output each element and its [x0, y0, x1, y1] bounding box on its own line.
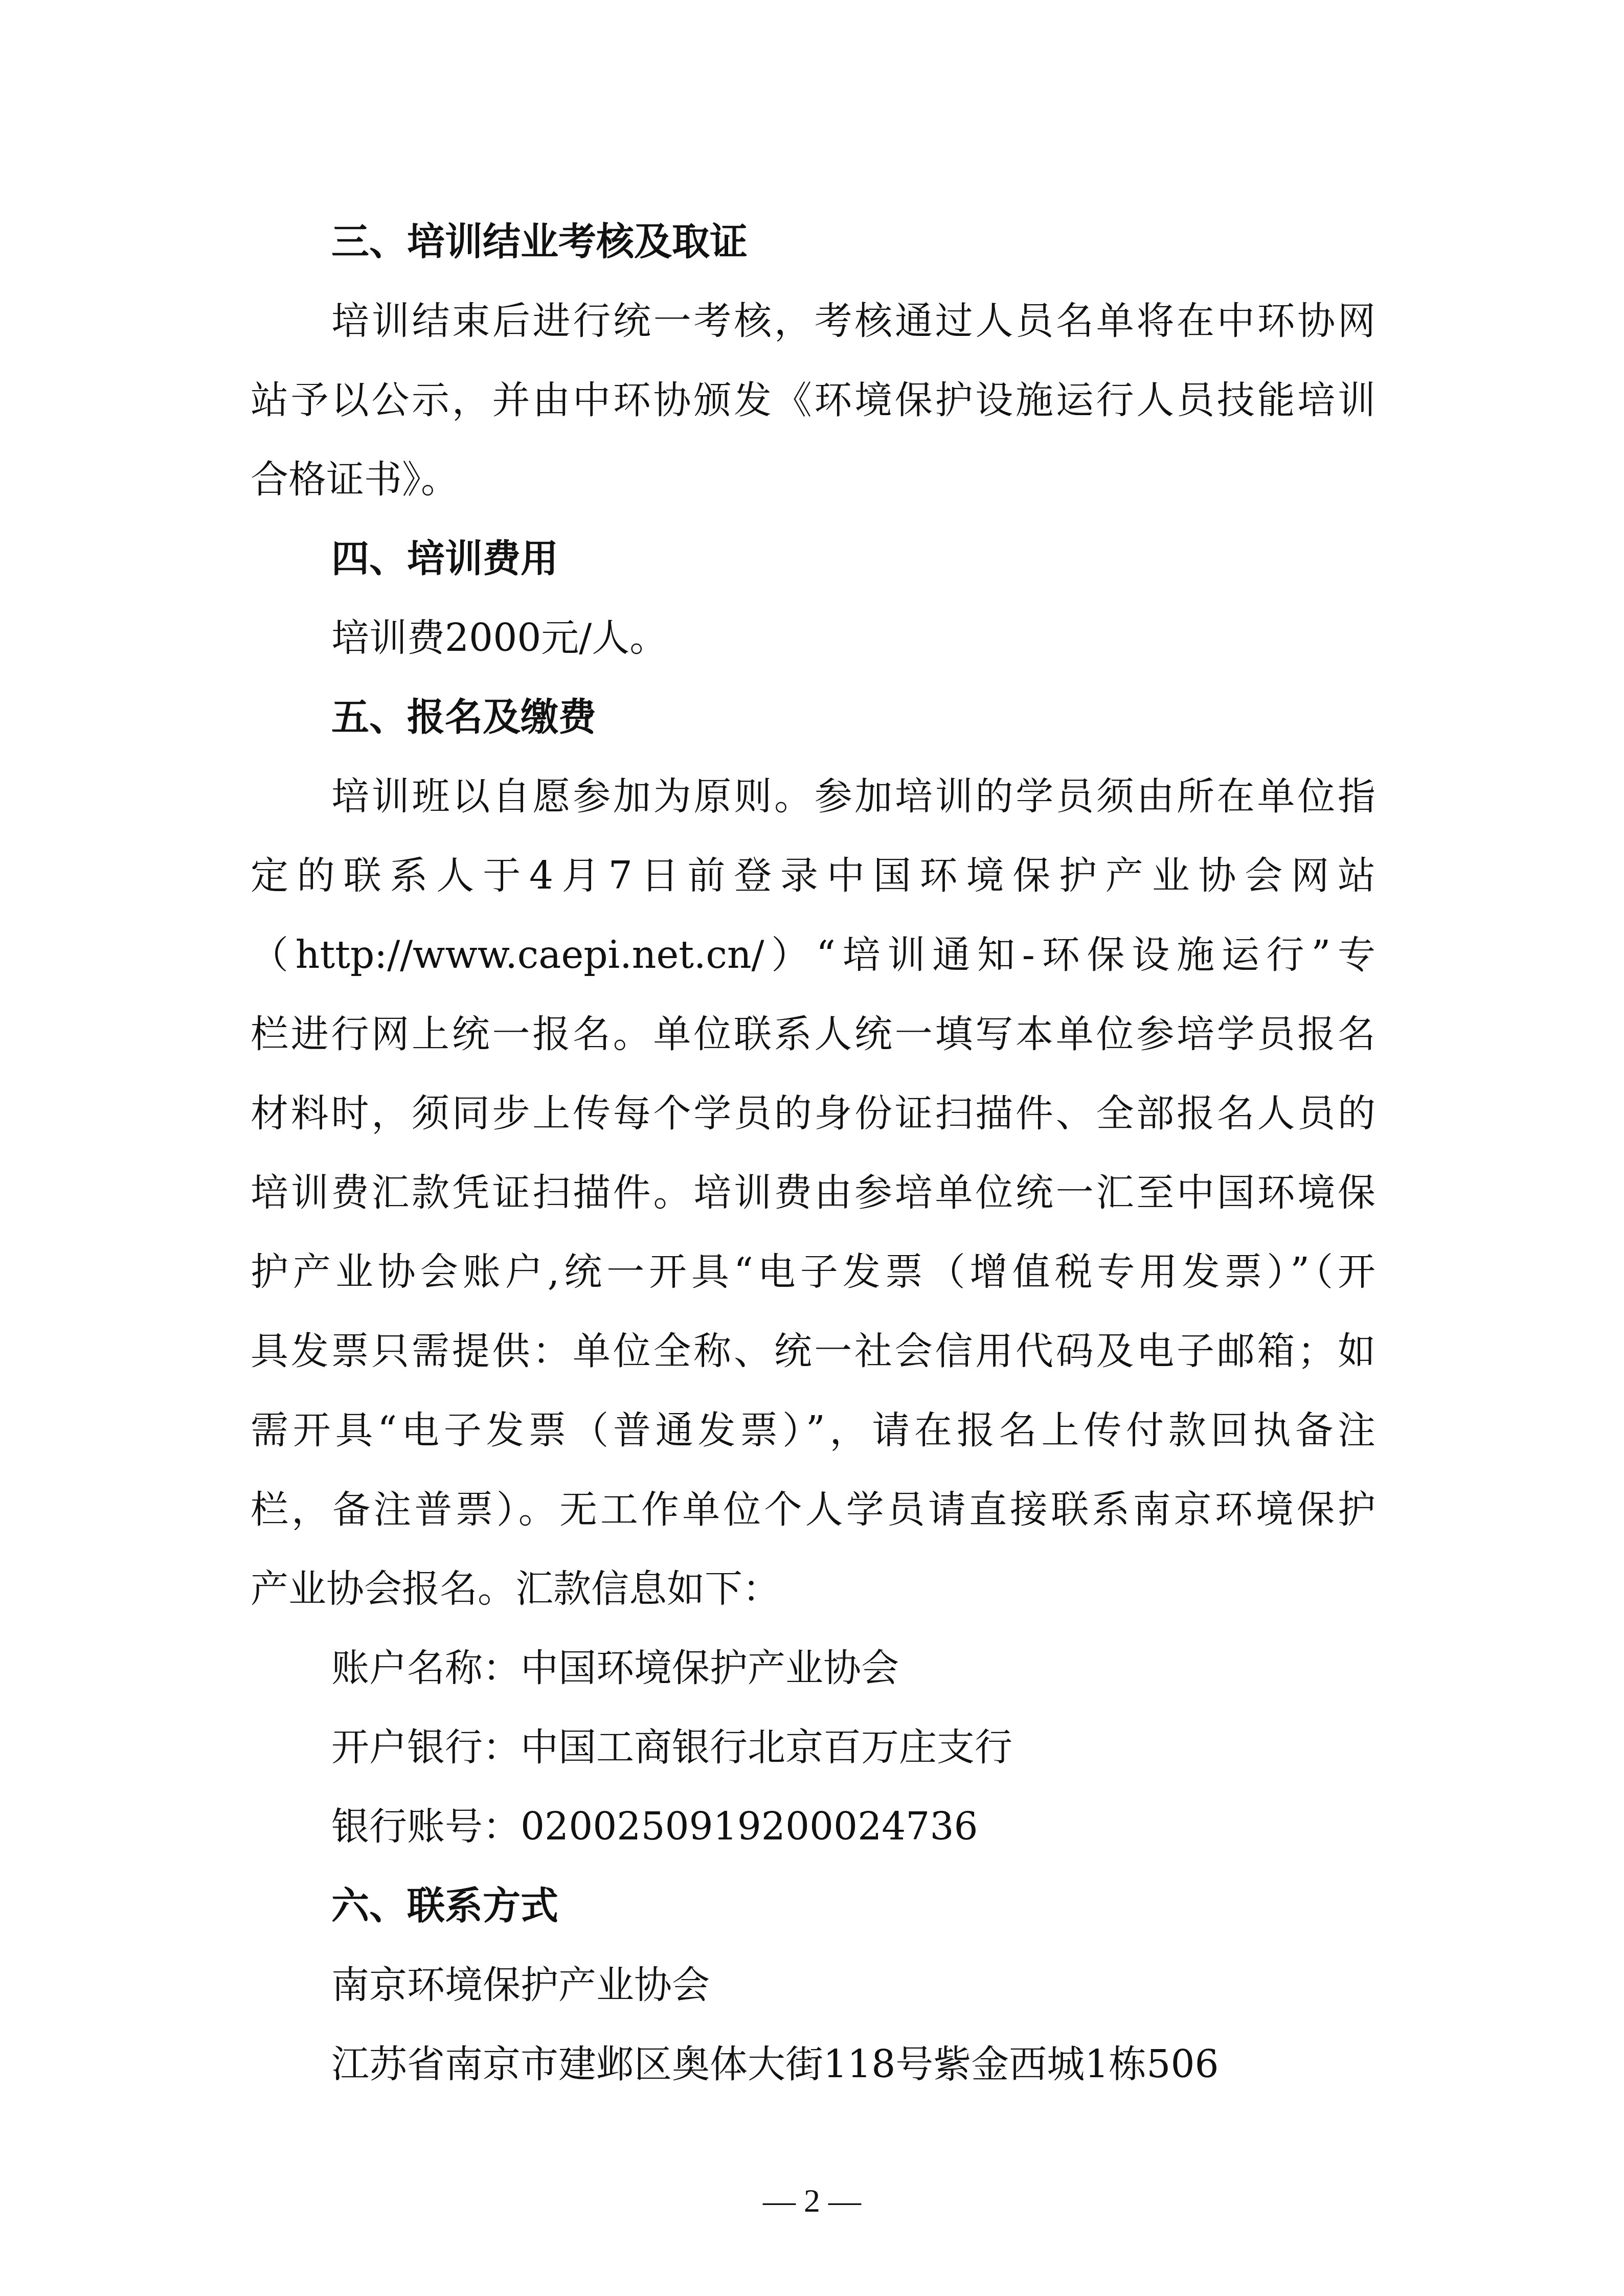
- paragraph-line: 培训班以自愿参加为原则。参加培训的学员须由所在单位指: [331, 772, 1375, 821]
- paragraph-line: 产业协会报名。汇款信息如下：: [251, 1564, 1375, 1613]
- paragraph-line: 需开具“电子发票（普通发票）”，请在报名上传付款回执备注: [251, 1406, 1375, 1455]
- contact-address: 江苏省南京市建邺区奥体大街118号紫金西城1栋506: [331, 2040, 1375, 2089]
- paragraph-line: 定的联系人于4月7日前登录中国环境保护产业协会网站: [251, 851, 1375, 900]
- bank-account-number: 银行账号：0200250919200024736: [331, 1802, 1375, 1851]
- page-number: — 2 —: [0, 2182, 1624, 2220]
- paragraph-line: 培训结束后进行统一考核，考核通过人员名单将在中环协网: [331, 297, 1375, 346]
- paragraph-line: 材料时，须同步上传每个学员的身份证扫描件、全部报名人员的: [251, 1089, 1375, 1138]
- section-heading-5: 五、报名及缴费: [331, 693, 1375, 742]
- paragraph-line: 合格证书》。: [251, 455, 1375, 504]
- fee-text: 培训费2000元/人。: [331, 613, 1375, 663]
- section-heading-3: 三、培训结业考核及取证: [331, 217, 1375, 266]
- paragraph-line: 护产业协会账户,统一开具“电子发票（增值税专用发票）”（开: [251, 1247, 1375, 1297]
- paragraph-line: 具发票只需提供：单位全称、统一社会信用代码及电子邮箱；如: [251, 1327, 1375, 1376]
- bank-account-name: 账户名称：中国环境保护产业协会: [331, 1644, 1375, 1693]
- paragraph-line: 栏，备注普票）。无工作单位个人学员请直接联系南京环境保护: [251, 1485, 1375, 1534]
- contact-organization: 南京环境保护产业协会: [331, 1961, 1375, 2010]
- section-heading-4: 四、培训费用: [331, 534, 1375, 583]
- bank-name: 开户银行：中国工商银行北京百万庄支行: [331, 1723, 1375, 1772]
- document-page: 三、培训结业考核及取证 培训结束后进行统一考核，考核通过人员名单将在中环协网 站…: [0, 0, 1624, 2296]
- paragraph-line: 栏进行网上统一报名。单位联系人统一填写本单位参培学员报名: [251, 1010, 1375, 1059]
- section-heading-6: 六、联系方式: [331, 1881, 1375, 1930]
- website-link-line: （http://www.caepi.net.cn/）“培训通知-环保设施运行”专: [251, 930, 1375, 980]
- paragraph-line: 站予以公示，并由中环协颁发《环境保护设施运行人员技能培训: [251, 376, 1375, 425]
- paragraph-line: 培训费汇款凭证扫描件。培训费由参培单位统一汇至中国环境保: [251, 1168, 1375, 1217]
